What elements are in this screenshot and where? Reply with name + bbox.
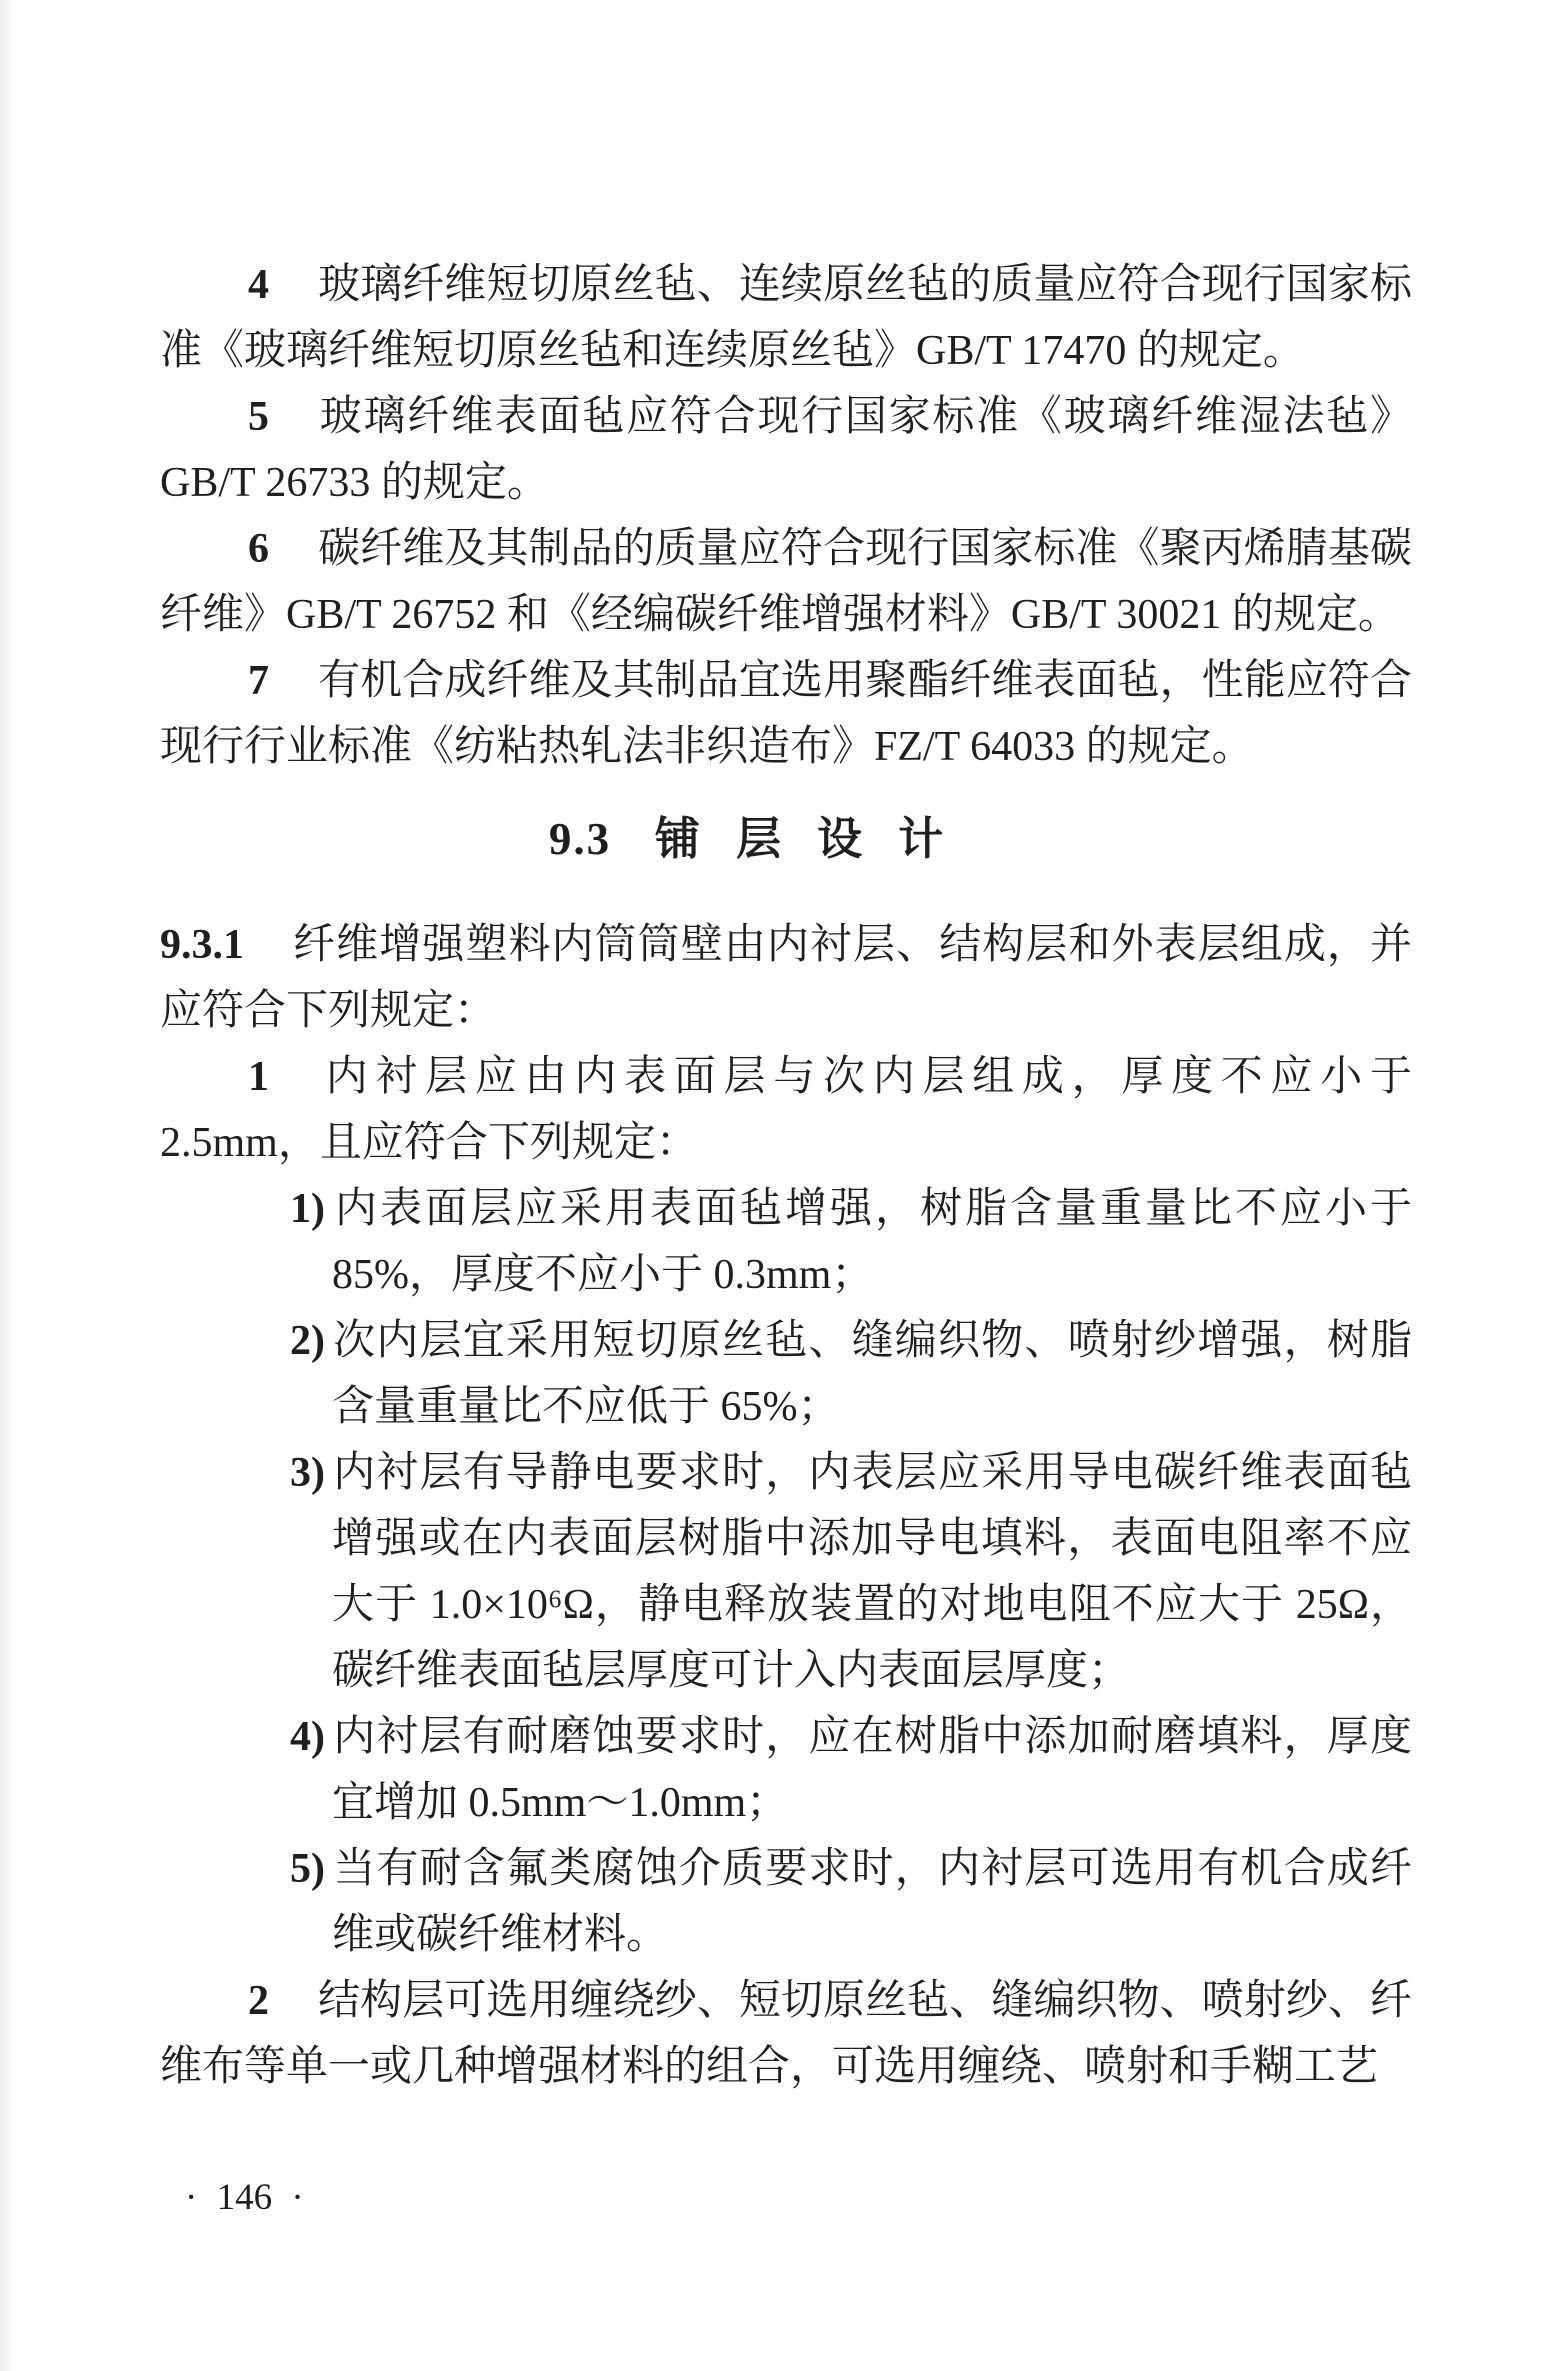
section-heading: 9.3铺层设计 — [160, 806, 1412, 872]
item-text: 结构层可选用缠绕纱、短切原丝毡、缝编织物、喷射纱、纤维布等单一或几种增强材料的组… — [160, 1978, 1412, 2090]
item-number: 7 — [248, 648, 318, 714]
clause-9-3-1: 9.3.1纤维增强塑料内筒筒壁由内衬层、结构层和外表层组成，并应符合下列规定： — [160, 912, 1412, 1044]
item-number: 5 — [248, 384, 318, 450]
numbered-item-1: 1内衬层应由内表面层与次内层组成，厚度不应小于 2.5mm，且应符合下列规定： — [160, 1044, 1412, 1176]
item-number: 1 — [248, 1044, 318, 1110]
numbered-item-7: 7有机合成纤维及其制品宜选用聚酯纤维表面毡，性能应符合现行行业标准《纺粘热轧法非… — [160, 648, 1412, 780]
item-number: 2 — [248, 1968, 318, 2034]
sub-item-number: 3) — [290, 1440, 332, 1506]
clause-number: 9.3.1 — [160, 912, 292, 978]
sub-item-text: 内衬层有耐磨蚀要求时，应在树脂中添加耐磨填料，厚度宜增加 0.5mm～1.0mm… — [332, 1714, 1412, 1826]
section-title: 铺层设计 — [655, 814, 979, 864]
sub-item-3: 3)内衬层有导静电要求时，内表层应采用导电碳纤维表面毡增强或在内表面层树脂中添加… — [160, 1440, 1412, 1704]
clause-text: 纤维增强塑料内筒筒壁由内衬层、结构层和外表层组成，并应符合下列规定： — [160, 922, 1412, 1034]
sub-item-5: 5)当有耐含氟类腐蚀介质要求时，内衬层可选用有机合成纤维或碳纤维材料。 — [160, 1836, 1412, 1968]
item-text: 玻璃纤维表面毡应符合现行国家标准《玻璃纤维湿法毡》GB/T 26733 的规定。 — [160, 394, 1412, 506]
item-text: 有机合成纤维及其制品宜选用聚酯纤维表面毡，性能应符合现行行业标准《纺粘热轧法非织… — [160, 658, 1412, 770]
document-page: 4玻璃纤维短切原丝毡、连续原丝毡的质量应符合现行国家标准《玻璃纤维短切原丝毡和连… — [0, 0, 1542, 2371]
sub-item-4: 4)内衬层有耐磨蚀要求时，应在树脂中添加耐磨填料，厚度宜增加 0.5mm～1.0… — [160, 1704, 1412, 1836]
sub-item-2: 2)次内层宜采用短切原丝毡、缝编织物、喷射纱增强，树脂含量重量比不应低于 65%… — [160, 1308, 1412, 1440]
item-text: 碳纤维及其制品的质量应符合现行国家标准《聚丙烯腈基碳纤维》GB/T 26752 … — [160, 526, 1412, 638]
sub-item-text: 内衬层有导静电要求时，内表层应采用导电碳纤维表面毡增强或在内表面层树脂中添加导电… — [332, 1450, 1412, 1694]
page-number: · 146 · — [185, 2176, 304, 2220]
sub-item-number: 1) — [290, 1176, 332, 1242]
text-block: 4玻璃纤维短切原丝毡、连续原丝毡的质量应符合现行国家标准《玻璃纤维短切原丝毡和连… — [160, 252, 1412, 2100]
numbered-item-4: 4玻璃纤维短切原丝毡、连续原丝毡的质量应符合现行国家标准《玻璃纤维短切原丝毡和连… — [160, 252, 1412, 384]
sub-item-text: 次内层宜采用短切原丝毡、缝编织物、喷射纱增强，树脂含量重量比不应低于 65%； — [332, 1318, 1412, 1430]
sub-item-number: 4) — [290, 1704, 332, 1770]
sub-item-text: 内表面层应采用表面毡增强，树脂含量重量比不应小于 85%，厚度不应小于 0.3m… — [332, 1186, 1412, 1298]
sub-item-text: 当有耐含氟类腐蚀介质要求时，内衬层可选用有机合成纤维或碳纤维材料。 — [332, 1846, 1412, 1958]
item-number: 4 — [248, 252, 318, 318]
item-text: 内衬层应由内表面层与次内层组成，厚度不应小于 2.5mm，且应符合下列规定： — [160, 1054, 1412, 1166]
sub-item-number: 2) — [290, 1308, 332, 1374]
numbered-item-2: 2结构层可选用缠绕纱、短切原丝毡、缝编织物、喷射纱、纤维布等单一或几种增强材料的… — [160, 1968, 1412, 2100]
numbered-item-6: 6碳纤维及其制品的质量应符合现行国家标准《聚丙烯腈基碳纤维》GB/T 26752… — [160, 516, 1412, 648]
section-number: 9.3 — [549, 814, 611, 864]
sub-item-number: 5) — [290, 1836, 332, 1902]
sub-item-1: 1)内表面层应采用表面毡增强，树脂含量重量比不应小于 85%，厚度不应小于 0.… — [160, 1176, 1412, 1308]
item-number: 6 — [248, 516, 318, 582]
item-text: 玻璃纤维短切原丝毡、连续原丝毡的质量应符合现行国家标准《玻璃纤维短切原丝毡和连续… — [160, 262, 1412, 374]
numbered-item-5: 5玻璃纤维表面毡应符合现行国家标准《玻璃纤维湿法毡》GB/T 26733 的规定… — [160, 384, 1412, 516]
